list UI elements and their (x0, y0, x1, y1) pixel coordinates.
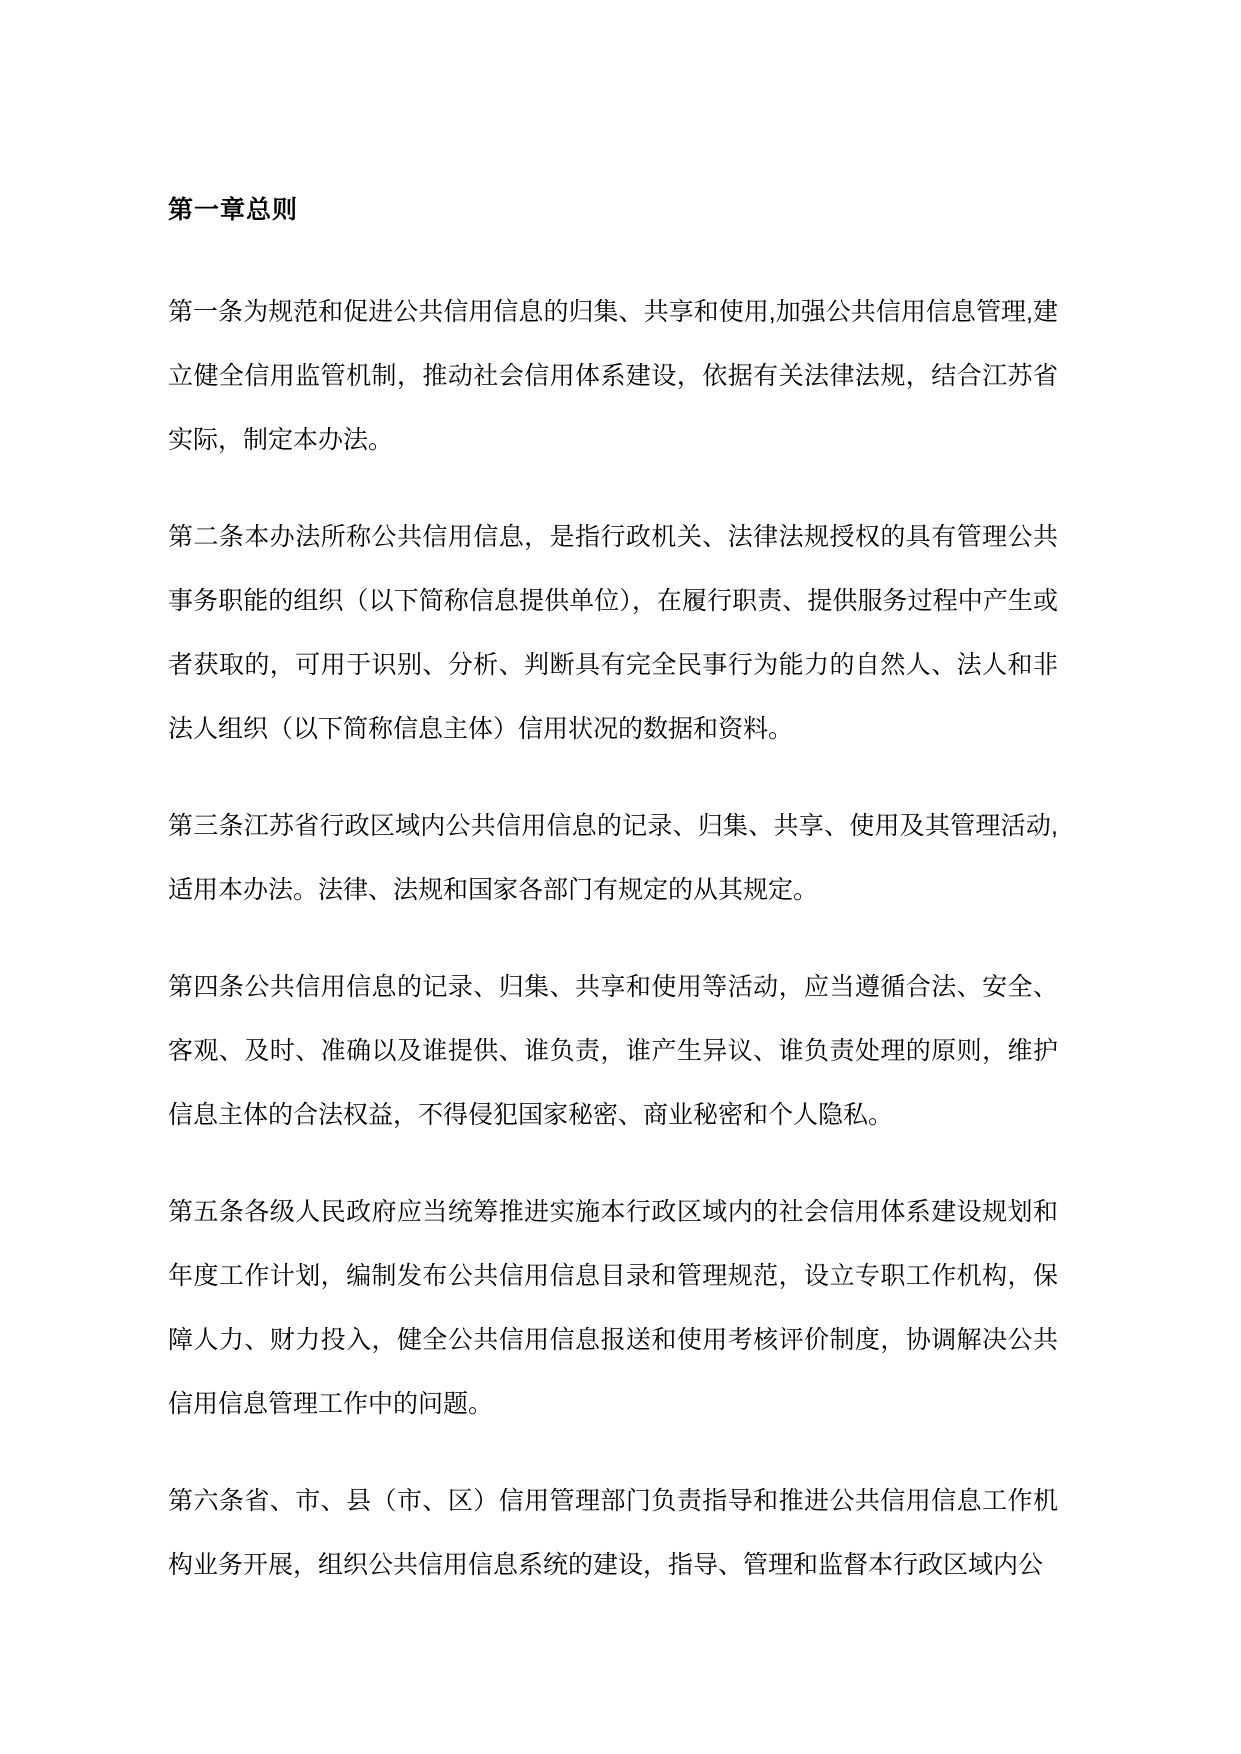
chapter-heading: 第一章总则 (168, 190, 1058, 230)
paragraph-article-5: 第五条各级人民政府应当统筹推进实施本行政区域内的社会信用体系建设规划和年度工作计… (168, 1180, 1058, 1436)
paragraph-article-2: 第二条本办法所称公共信用信息，是指行政机关、法律法规授权的具有管理公共事务职能的… (168, 505, 1058, 761)
paragraph-article-1: 第一条为规范和促进公共信用信息的归集、共享和使用,加强公共信用信息管理,建立健全… (168, 280, 1058, 472)
paragraph-article-6: 第六条省、市、县（市、区）信用管理部门负责指导和推进公共信用信息工作机构业务开展… (168, 1469, 1058, 1597)
paragraph-article-3: 第三条江苏省行政区域内公共信用信息的记录、归集、共享、使用及其管理活动,适用本办… (168, 794, 1058, 922)
document-page: 第一章总则 第一条为规范和促进公共信用信息的归集、共享和使用,加强公共信用信息管… (0, 0, 1241, 1754)
paragraph-article-4: 第四条公共信用信息的记录、归集、共享和使用等活动，应当遵循合法、安全、客观、及时… (168, 955, 1058, 1147)
